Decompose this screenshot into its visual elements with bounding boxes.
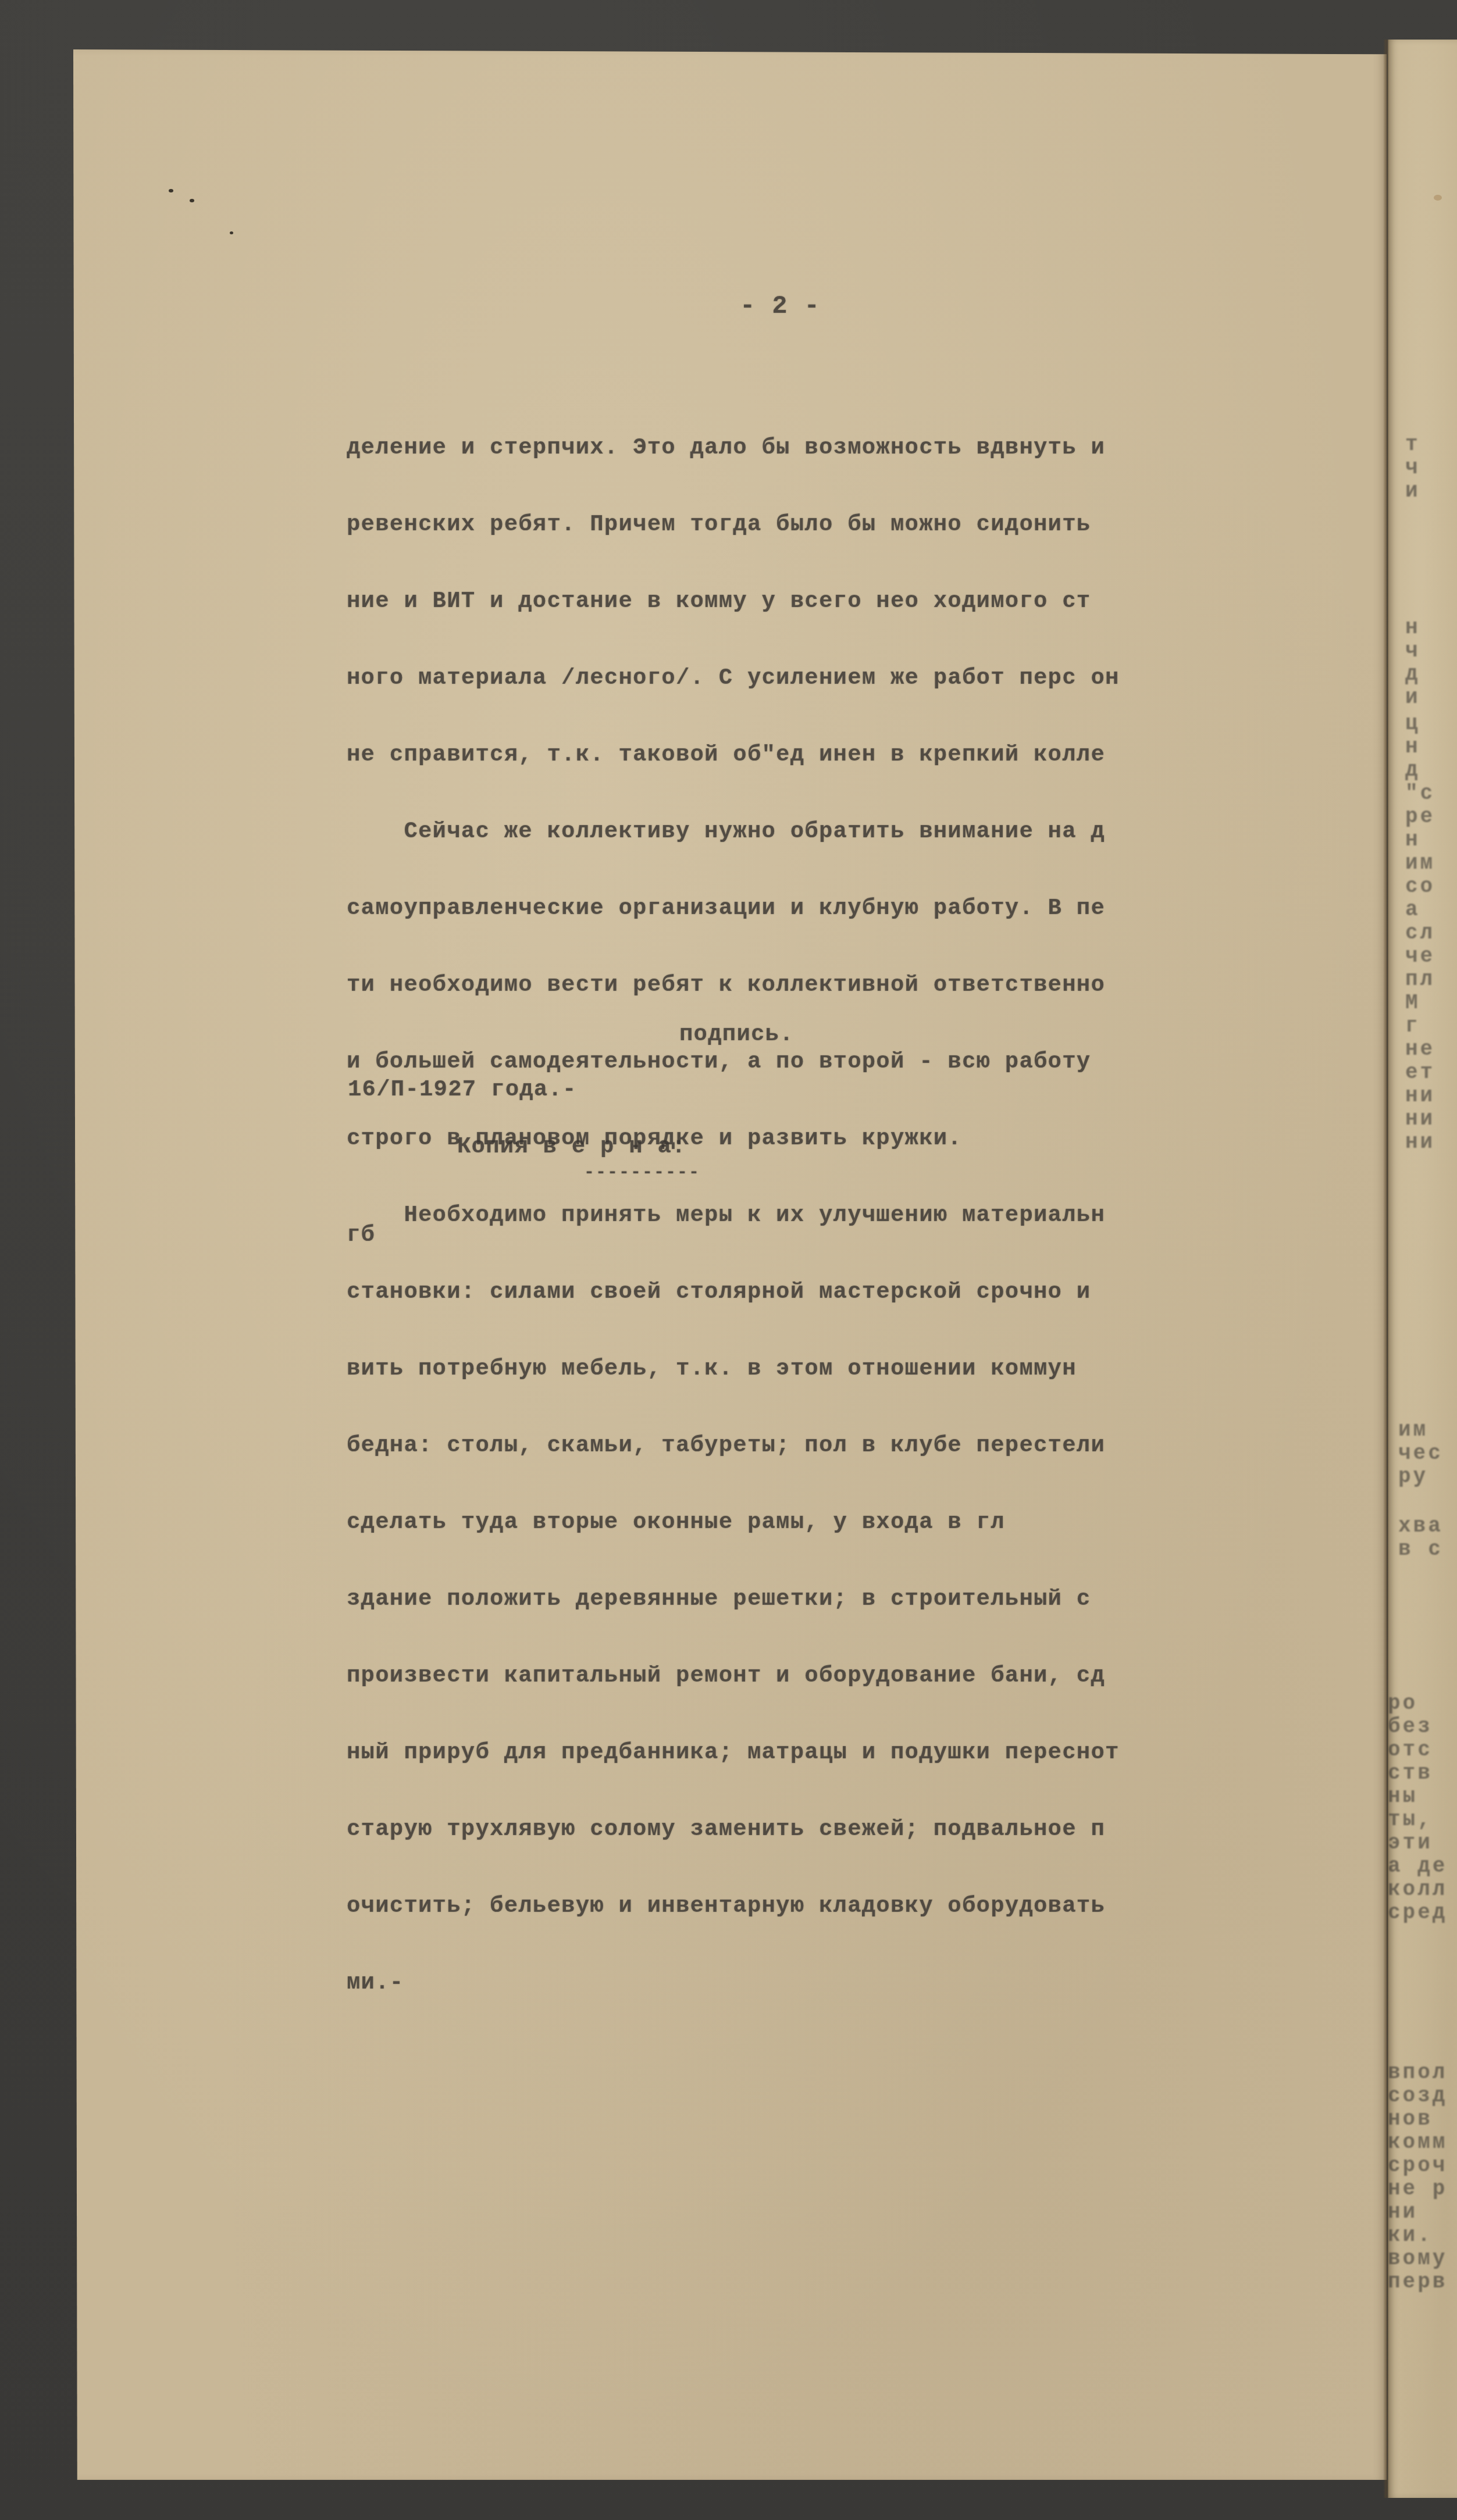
typist-initials: гб bbox=[347, 1222, 375, 1248]
body-line: сделать туда вторые оконные рамы, у вход… bbox=[347, 1509, 1388, 1535]
adjacent-text-fragment: ч bbox=[1405, 640, 1420, 663]
body-line: становки: силами своей столярной мастерс… bbox=[347, 1279, 1388, 1305]
adjacent-text-fragment: вому bbox=[1388, 2247, 1447, 2271]
adjacent-text-fragment: д bbox=[1405, 759, 1420, 782]
adjacent-text-fragment: че bbox=[1405, 945, 1435, 968]
adjacent-text-fragment: со bbox=[1405, 875, 1435, 898]
body-line: Необходимо принять меры к их улучшению м… bbox=[347, 1202, 1388, 1228]
document-body: деление и стерпчих. Это дало бы возможно… bbox=[347, 384, 1388, 2021]
adjacent-text-fragment: "с bbox=[1405, 782, 1435, 805]
body-line: деление и стерпчих. Это дало бы возможно… bbox=[347, 435, 1388, 461]
body-line: произвести капитальный ремонт и оборудов… bbox=[347, 1663, 1388, 1689]
body-line: самоуправленческие организации и клубную… bbox=[347, 895, 1388, 921]
body-line: ние и ВИТ и достание в комму у всего нео… bbox=[347, 588, 1388, 614]
body-line: вить потребную мебель, т.к. в этом отнош… bbox=[347, 1356, 1388, 1382]
body-line: бедна: столы, скамьи, табуреты; пол в кл… bbox=[347, 1433, 1388, 1458]
adjacent-text-fragment: им bbox=[1405, 852, 1435, 875]
adjacent-text-fragment: созд bbox=[1388, 2084, 1447, 2108]
adjacent-text-fragment: перв bbox=[1388, 2271, 1447, 2294]
adjacent-text-fragment: и bbox=[1405, 686, 1420, 709]
adjacent-text-fragment: ц bbox=[1405, 712, 1420, 736]
adjacent-text-fragment: комм bbox=[1388, 2131, 1447, 2154]
adjacent-text-fragment: сл bbox=[1405, 922, 1435, 945]
adjacent-text-fragment: в с bbox=[1398, 1538, 1443, 1561]
adjacent-text-fragment: ру bbox=[1398, 1465, 1428, 1489]
document-date: 16/П-1927 года.- bbox=[348, 1077, 577, 1102]
body-line: ревенских ребят. Причем тогда было бы мо… bbox=[347, 512, 1388, 537]
page-number: - 2 - bbox=[740, 294, 820, 319]
ink-speck bbox=[230, 231, 233, 234]
body-line: здание положить деревянные решетки; в ст… bbox=[347, 1586, 1388, 1612]
adjacent-text-fragment: без bbox=[1388, 1715, 1433, 1739]
body-line: Сейчас же коллективу нужно обратить вним… bbox=[347, 819, 1388, 844]
adjacent-text-fragment: г bbox=[1405, 1015, 1420, 1038]
adjacent-text-fragment: ни bbox=[1405, 1108, 1435, 1131]
body-line: ми.- bbox=[347, 1970, 1388, 1996]
adjacent-text-fragment: д bbox=[1405, 663, 1420, 686]
adjacent-text-fragment: н bbox=[1405, 616, 1420, 640]
adjacent-text-fragment: ты, bbox=[1388, 1808, 1433, 1832]
adjacent-text-fragment: ет bbox=[1405, 1061, 1435, 1084]
adjacent-text-fragment: ни bbox=[1388, 2201, 1417, 2224]
adjacent-text-fragment: ро bbox=[1388, 1692, 1417, 1715]
adjacent-text-fragment: не р bbox=[1388, 2178, 1447, 2201]
adjacent-text-fragment: ств bbox=[1388, 1762, 1433, 1785]
body-line: и большей самодеятельности, а по второй … bbox=[347, 1049, 1388, 1075]
adjacent-text-fragment: ни bbox=[1405, 1131, 1435, 1154]
adjacent-text-fragment: т bbox=[1405, 433, 1420, 456]
adjacent-text-fragment: н bbox=[1405, 736, 1420, 759]
adjacent-text-fragment: впол bbox=[1388, 2061, 1447, 2084]
adjacent-text-fragment: н bbox=[1405, 829, 1420, 852]
adjacent-text-fragment: и bbox=[1405, 480, 1420, 503]
ink-speck bbox=[169, 189, 173, 192]
adjacent-text-fragment: а де bbox=[1388, 1855, 1447, 1878]
body-line: ный прируб для предбанника; матрацы и по… bbox=[347, 1740, 1388, 1765]
adjacent-text-fragment: нов bbox=[1388, 2108, 1433, 2131]
body-line: ти необходимо вести ребят к коллективной… bbox=[347, 972, 1388, 998]
adjacent-page-text: тчинчдицнд"сренимсоаслчеплМгнеетнининиим… bbox=[1388, 0, 1457, 2520]
adjacent-text-fragment: ч bbox=[1405, 456, 1420, 480]
body-line: не справится, т.к. таковой об"ед инен в … bbox=[347, 742, 1388, 768]
adjacent-text-fragment: хва bbox=[1398, 1515, 1443, 1538]
adjacent-text-fragment: ни bbox=[1405, 1084, 1435, 1108]
adjacent-text-fragment: М bbox=[1405, 991, 1420, 1015]
adjacent-text-fragment: не bbox=[1405, 1038, 1435, 1061]
adjacent-text-fragment: эти bbox=[1388, 1832, 1433, 1855]
certified-copy-label: Копия в е р н а: bbox=[457, 1134, 686, 1159]
adjacent-text-fragment: сред bbox=[1388, 1901, 1447, 1925]
adjacent-text-fragment: а bbox=[1405, 898, 1420, 922]
adjacent-text-fragment: ки. bbox=[1388, 2224, 1433, 2247]
body-line: ного материала /лесного/. С усилением же… bbox=[347, 665, 1388, 691]
adjacent-text-fragment: отс bbox=[1388, 1739, 1433, 1762]
body-line: старую трухлявую солому заменить свежей;… bbox=[347, 1816, 1388, 1842]
adjacent-text-fragment: им bbox=[1398, 1419, 1428, 1442]
signature-label: подпись. bbox=[679, 1022, 794, 1047]
adjacent-text-fragment: ны bbox=[1388, 1785, 1417, 1808]
body-line: очистить; бельевую и инвентарную кладовк… bbox=[347, 1893, 1388, 1919]
adjacent-text-fragment: сроч bbox=[1388, 2154, 1447, 2178]
adjacent-text-fragment: пл bbox=[1405, 968, 1435, 991]
adjacent-text-fragment: чес bbox=[1398, 1442, 1443, 1465]
ink-speck bbox=[190, 199, 194, 202]
adjacent-text-fragment: колл bbox=[1388, 1878, 1447, 1901]
certified-underline: ---------- bbox=[584, 1160, 700, 1186]
adjacent-text-fragment: ре bbox=[1405, 805, 1435, 829]
